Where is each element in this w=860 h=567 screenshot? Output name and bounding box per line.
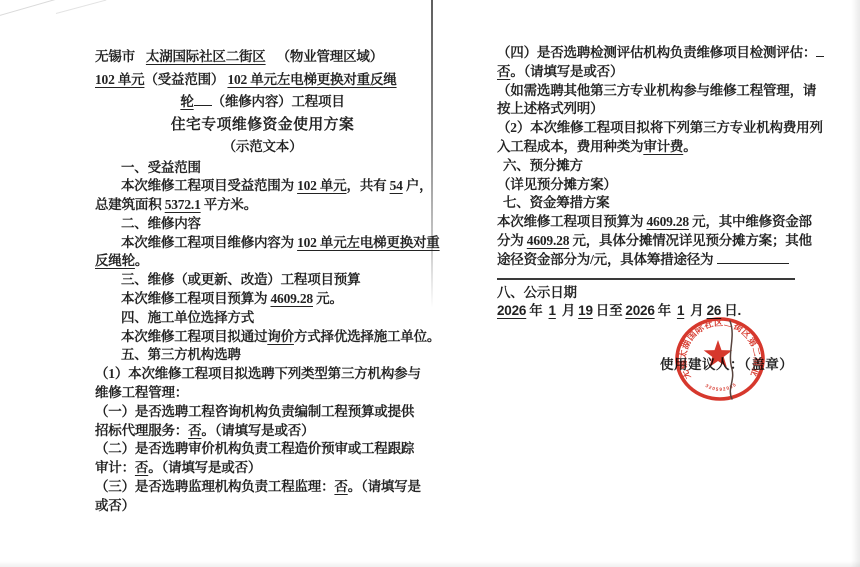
- section-3-heading: 三、维修（或更新、改造）工程项目预算: [95, 271, 430, 290]
- clause-2-line-1: （2）本次维修工程项目拟将下列第三方专业机构费用列: [497, 119, 803, 138]
- answer-no-3: 否: [334, 479, 347, 494]
- section-7-line-2: 分为 4609.28 元，具体分摊情况详见预分摊方案；其他: [497, 232, 803, 251]
- answer-no-1: 否: [188, 423, 201, 438]
- page-right: （四）是否选聘检测评估机构负责维修项目检测评估： 否。（请填写是或否） （如需选…: [497, 44, 803, 321]
- section-1-heading: 一、受益范围: [95, 159, 430, 178]
- section-3-line-1: 本次维修工程项目预算为 4609.28 元。: [95, 290, 430, 309]
- household-count-value: 54: [390, 178, 403, 193]
- item-1-line-1: （一）是否选聘工程咨询机构负责编制工程预算或提供: [95, 403, 430, 422]
- section-1-line-2: 总建筑面积 5372.1 平方米。: [95, 196, 430, 215]
- scan-edge-shadow-right: [851, 0, 860, 567]
- title-line-3: 轮（维修内容）工程项目: [95, 91, 430, 114]
- page-fold-line: [431, 0, 433, 308]
- project-budget-value: 4609.28: [270, 291, 312, 306]
- building-area-value: 5372.1: [165, 197, 201, 212]
- item-3-line-2: 或否）: [95, 497, 430, 516]
- section-5-line-2: 维修工程管理：: [95, 384, 430, 403]
- section-6-line-1: （详见预分摊方案）: [497, 176, 803, 195]
- section-1-line-1: 本次维修工程项目受益范围为 102 单元，共有 54 户，: [95, 177, 430, 196]
- section-6-heading: 六、预分摊方: [497, 157, 803, 176]
- section-8-heading: 八、公示日期: [497, 284, 803, 303]
- note-line-2: 按上述格式列明）: [497, 100, 803, 119]
- repair-content-value: 102 单元左电梯更换对重反绳: [227, 72, 396, 87]
- document-scan: 无锡市太湖国际社区二街区（物业管理区域） 102 单元（受益范围） 102 单元…: [0, 0, 860, 567]
- clause-2-line-2: 入工程成本，费用种类为审计费。: [497, 138, 803, 157]
- benefit-scope-value: 102 单元: [95, 72, 144, 87]
- section-4-line-1: 本次维修工程项目拟通过询价方式择优选择施工单位。: [95, 328, 430, 347]
- contractor-selection-method-value: 询价: [267, 329, 294, 344]
- fund-portion-value: 4609.28: [527, 233, 569, 248]
- item-1-line-2: 招标代理服务：否。（请填写是或否）: [95, 422, 430, 441]
- item-2-line-1: （二）是否选聘审价机构负责工程造价预审或工程跟踪: [95, 440, 430, 459]
- fee-type-value: 审计费: [643, 139, 683, 154]
- item-4-line-1: （四）是否选聘检测评估机构负责维修项目检测评估：: [497, 44, 803, 63]
- section-7-heading: 七、资金筹措方案: [497, 194, 803, 213]
- section-5-line-1: （1）本次维修工程项目拟选聘下列类型第三方机构参与: [95, 365, 430, 384]
- section-4-heading: 四、施工单位选择方式: [95, 309, 430, 328]
- section-2-line-2: 反绳轮。: [95, 252, 430, 271]
- committee-seal: 无锡太湖国际社区二街区第二届业主委员会 3205920057: [672, 314, 768, 404]
- document-title: 住宅专项维修资金使用方案: [95, 114, 430, 137]
- title-line-1: 无锡市太湖国际社区二街区（物业管理区域）: [95, 46, 430, 69]
- item-3-line-1: （三）是否选聘监理机构负责工程监理：否。（请填写是: [95, 478, 430, 497]
- page-left: 无锡市太湖国际社区二街区（物业管理区域） 102 单元（受益范围） 102 单元…: [95, 46, 430, 516]
- answer-no-2: 否: [135, 460, 148, 475]
- section-7-line-3: 途径资金部分为/元，具体筹措途径为: [497, 251, 803, 270]
- item-4-line-2: 否。（请填写是或否）: [497, 63, 803, 82]
- scan-crease-line: [0, 0, 104, 17]
- total-budget-value: 4609.28: [646, 214, 688, 229]
- section-5-heading: 五、第三方机构选聘: [95, 346, 430, 365]
- title-line-2: 102 单元（受益范围） 102 单元左电梯更换对重反绳: [95, 69, 430, 92]
- section-2-heading: 二、维修内容: [95, 215, 430, 234]
- divider-line: [497, 278, 795, 280]
- item-2-line-2: 审计：否。（请填写是或否）: [95, 459, 430, 478]
- answer-no-4: 否: [497, 64, 510, 79]
- section-2-line-1: 本次维修工程项目维修内容为 102 单元左电梯更换对重: [95, 234, 430, 253]
- note-line-1: （如需选聘其他第三方专业机构参与维修工程管理，请: [497, 82, 803, 101]
- benefit-unit-value: 102 单元: [297, 178, 346, 193]
- seal-star-icon: [704, 340, 733, 367]
- section-7-line-1: 本次维修工程项目预算为 4609.28 元，其中维修资金部: [497, 213, 803, 232]
- scan-crease-line-2: [56, 0, 106, 14]
- document-subtitle: （示范文本）: [95, 136, 430, 159]
- scan-edge-shadow-bottom: [0, 561, 860, 567]
- property-area-value: 太湖国际社区二街区: [135, 49, 277, 64]
- funding-source-blank: [717, 251, 789, 264]
